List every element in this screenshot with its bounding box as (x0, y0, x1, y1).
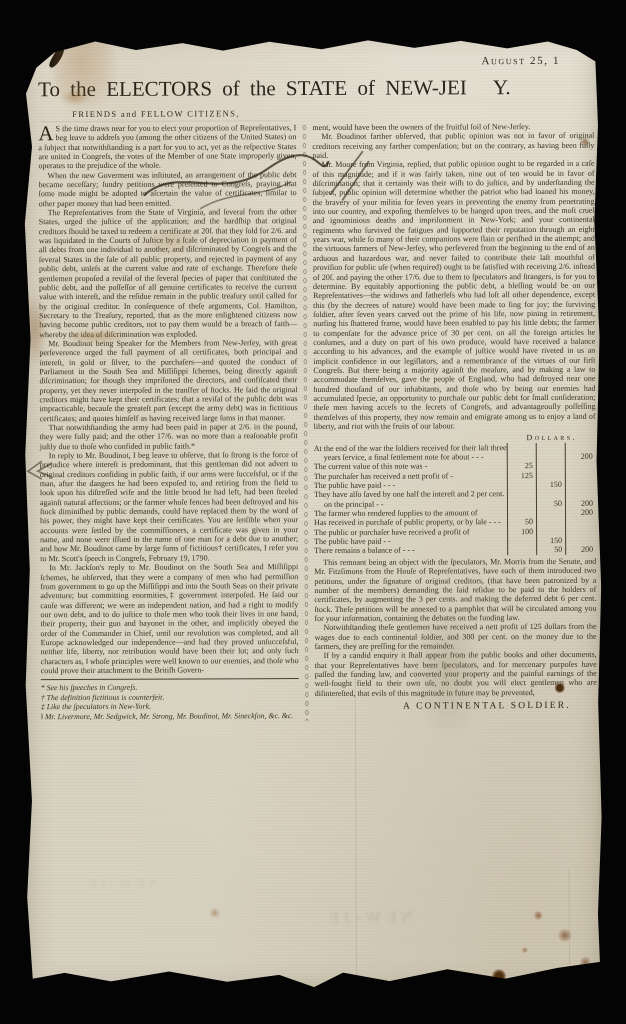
paragraph: Mr. Boudinot farther obſerved, that publ… (312, 131, 594, 160)
paragraph: AS the time draws near for you to elect … (38, 123, 296, 171)
salutation: FRIENDS and FELLOW CITIZENS, (72, 107, 594, 119)
account-table: Dollars. At the end of the war the ſoldi… (314, 433, 597, 556)
column-left: AS the time draws near for you to elect … (38, 123, 299, 722)
paragraph: The Repreſentatives from the State of Vi… (39, 207, 298, 339)
paragraph: Notwithſtanding theſe gentlemen have rec… (314, 622, 596, 651)
broadside-paper: NEW-JE NEW-JE August 25, 1 To the ELECTO… (20, 29, 604, 994)
table-row: They have alſo ſaved by one half the int… (314, 489, 596, 509)
show-through-ghost: NEW-JE (324, 907, 414, 929)
page-title-left: To the ELECTORS of the STATE of NEW-JEI (38, 75, 467, 102)
paragraph: This remnant being an object with the ſp… (314, 557, 596, 624)
footnotes: * See his ſpeeches in Congreſs. † The de… (41, 678, 299, 722)
date-line: August 25, 1 (38, 55, 594, 69)
stain (558, 929, 572, 942)
paragraph: In Mr. Jackſon's reply to Mr. Boudinot o… (40, 562, 298, 675)
printed-content: August 25, 1 To the ELECTORS of the STAT… (38, 55, 597, 802)
dollars-header: Dollars. (508, 433, 596, 443)
footnote: ‖ Mr. Livermore, Mr. Sedgwick, Mr. Stron… (41, 711, 299, 722)
table-row: There remains a balance of - - - 50 200 (314, 545, 596, 556)
page-title-right: Y. (493, 75, 511, 100)
stain (522, 947, 528, 953)
drop-cap: A (38, 124, 55, 142)
stain (568, 29, 580, 37)
paragraph: That notwithſtanding the army had been p… (40, 422, 298, 451)
photo-of-broadside: { "page": { "date_line": "August 25, 1",… (0, 0, 626, 1024)
show-through-ghost: NEW-JE (83, 875, 157, 893)
paragraph: In reply to Mr. Boudinot, I beg leave to… (40, 450, 298, 563)
paragraph: When the new Goverment was inſtituted, a… (39, 170, 297, 209)
stain (534, 911, 543, 920)
blank-lower-margin (41, 719, 597, 801)
two-column-text: AS the time draws near for you to elect … (38, 122, 597, 722)
page-title: To the ELECTORS of the STATE of NEW-JEI … (38, 75, 594, 102)
stain (580, 957, 591, 968)
signature-line: A CONTINENTAL SOLDIER. (315, 702, 597, 713)
paragraph: If by a candid enquiry it ſhall appear f… (315, 650, 597, 698)
table-row: At the end of the war the ſoldiers recei… (314, 442, 596, 462)
paragraph: Mr. Boudinot being Speaker for the Membe… (39, 338, 297, 423)
fold-crease (569, 869, 571, 989)
column-right: ment, would have been the owners of the … (312, 122, 597, 721)
stain (210, 908, 220, 917)
paragraph: Mr. Moore from Virginia, replied, that p… (312, 159, 595, 431)
stain (492, 969, 506, 983)
